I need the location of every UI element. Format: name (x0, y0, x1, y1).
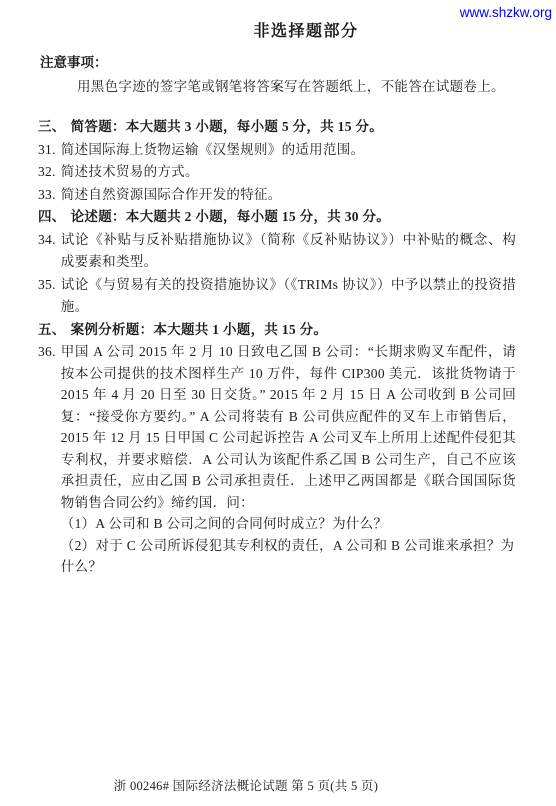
question-text: 简述自然资源国际合作开发的特征。 (61, 184, 516, 207)
question-36: 36. 甲国 A 公司 2015 年 2 月 10 日致电乙国 B 公司：“长期… (38, 341, 516, 578)
sub-question-1: （1）A 公司和 B 公司之间的合同何时成立？为什么？ (61, 513, 516, 535)
question-33: 33. 简述自然资源国际合作开发的特征。 (38, 184, 516, 207)
section-heading-text: 论述题：本大题共 2 小题，每小题 15 分，共 30 分。 (71, 206, 516, 229)
section-number: 三、 (38, 116, 66, 139)
question-31: 31. 简述国际海上货物运输《汉堡规则》的适用范围。 (38, 139, 516, 162)
sub-question-2: （2）对于 C 公司所诉侵犯其专利权的责任，A 公司和 B 公司谁来承担？为什么… (61, 535, 516, 578)
section-heading-3: 三、 简答题：本大题共 3 小题，每小题 5 分，共 15 分。 (38, 116, 516, 139)
question-35: 35. 试论《与贸易有关的投资措施协议》（《TRIMs 协议》）中予以禁止的投资… (38, 274, 516, 319)
section-heading-4: 四、 论述题：本大题共 2 小题，每小题 15 分，共 30 分。 (38, 206, 516, 229)
question-34: 34. 试论《补贴与反补贴措施协议》（简称《反补贴协议》）中补贴的概念、构成要素… (38, 229, 516, 274)
section-number: 四、 (38, 206, 66, 229)
watermark-link[interactable]: www.shzkw.org (460, 5, 552, 20)
question-number: 36. (38, 341, 56, 363)
notice-label: 注意事项： (40, 54, 516, 72)
question-number: 31. (38, 139, 56, 162)
section-heading-5: 五、 案例分析题：本大题共 1 小题，共 15 分。 (38, 319, 516, 342)
question-text: 简述技术贸易的方式。 (61, 161, 516, 184)
question-text: 试论《补贴与反补贴措施协议》（简称《反补贴协议》）中补贴的概念、构成要素和类型。 (61, 229, 516, 274)
question-number: 35. (38, 274, 56, 297)
question-list: 三、 简答题：本大题共 3 小题，每小题 5 分，共 15 分。 31. 简述国… (38, 116, 516, 578)
section-heading-text: 简答题：本大题共 3 小题，每小题 5 分，共 15 分。 (71, 116, 516, 139)
notice-section: 注意事项： 用黑色字迹的签字笔或钢笔将答案写在答题纸上，不能答在试题卷上。 (40, 54, 516, 96)
section-number: 五、 (38, 319, 66, 342)
page-footer: 浙 00246# 国际经济法概论试题 第 5 页(共 5 页) (0, 776, 524, 794)
notice-text: 用黑色字迹的签字笔或钢笔将答案写在答题纸上，不能答在试题卷上。 (40, 78, 516, 96)
question-number: 34. (38, 229, 56, 252)
question-text: 甲国 A 公司 2015 年 2 月 10 日致电乙国 B 公司：“长期求购叉车… (61, 341, 516, 578)
section-heading-text: 案例分析题：本大题共 1 小题，共 15 分。 (71, 319, 516, 342)
exam-page: www.shzkw.org 非选择题部分 注意事项： 用黑色字迹的签字笔或钢笔将… (0, 0, 556, 806)
question-text: 试论《与贸易有关的投资措施协议》（《TRIMs 协议》）中予以禁止的投资措施。 (61, 274, 516, 319)
case-paragraph: 甲国 A 公司 2015 年 2 月 10 日致电乙国 B 公司：“长期求购叉车… (61, 341, 516, 513)
question-number: 33. (38, 184, 56, 207)
question-32: 32. 简述技术贸易的方式。 (38, 161, 516, 184)
question-number: 32. (38, 161, 56, 184)
question-text: 简述国际海上货物运输《汉堡规则》的适用范围。 (61, 139, 516, 162)
